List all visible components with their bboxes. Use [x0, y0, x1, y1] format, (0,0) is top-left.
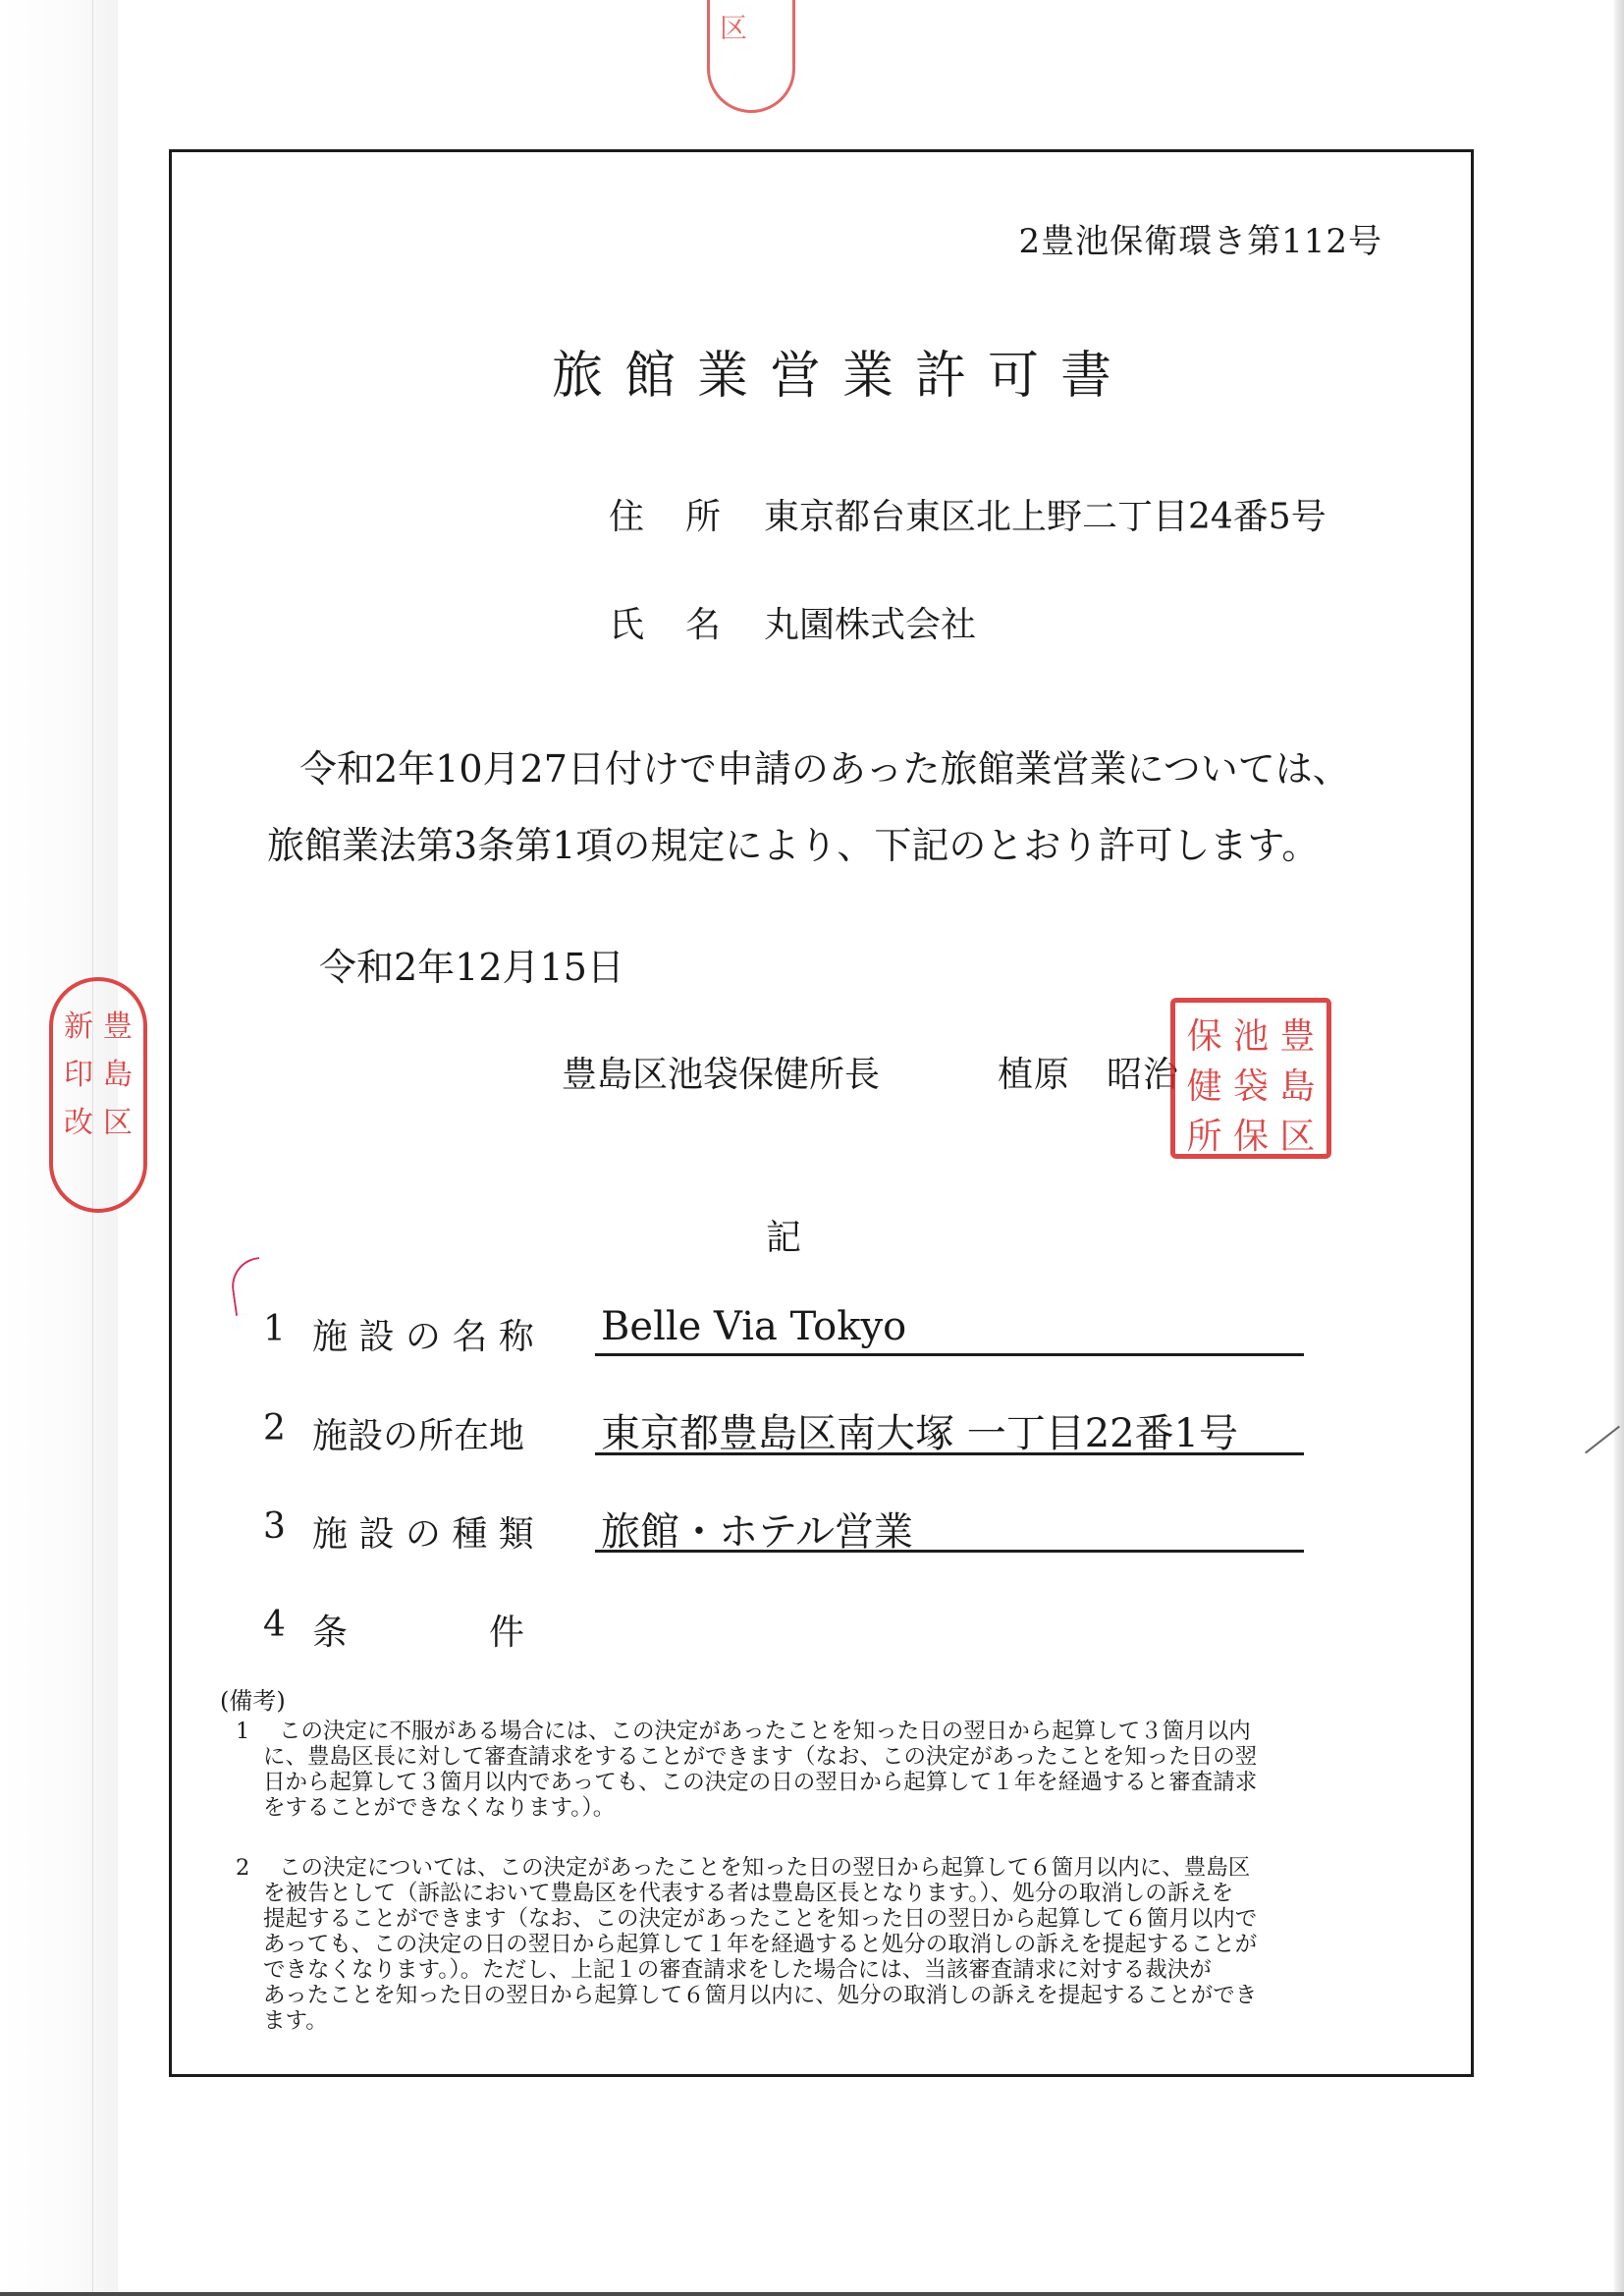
seal-char: 豊 [1274, 1009, 1321, 1059]
document-number: 2豊池保衛環き第112号 [1018, 214, 1382, 262]
remark-2-line: 2 この決定については、この決定があったことを知った日の翌日から起算して６箇月以… [236, 1857, 1250, 1880]
item-label: 施 設 の 種 類 [312, 1506, 534, 1557]
remark-1-line: 1 この決定に不服がある場合には、この決定があったことを知った日の翌日から起算し… [236, 1721, 1251, 1743]
name-label-2: 名 [685, 597, 723, 647]
remark-2-line: を被告として（訴訟において豊島区を代表する者は豊島区長となります。）、処分の取消… [263, 1883, 1233, 1905]
remark-2-line: あっても、この決定の日の翌日から起算して１年を経過すると処分の取消しの訴えを提起… [263, 1934, 1257, 1956]
underline [595, 1550, 1304, 1553]
applicant-address: 東京都台東区北上野二丁目24番5号 [764, 489, 1326, 539]
seal-char: 池 [1227, 1009, 1273, 1059]
seal-char: 島 [1274, 1059, 1321, 1109]
applicant-name: 丸園株式会社 [764, 597, 976, 647]
remarks-heading: (備考) [220, 1681, 286, 1716]
seal-char: 保 [1181, 1009, 1227, 1059]
facility-name-value: Belle Via Tokyo [601, 1304, 906, 1349]
ki-heading: 記 [766, 1210, 801, 1260]
item-number: 3 [263, 1506, 286, 1547]
official-seal-stamp: 保 池 豊 健 袋 島 所 保 区 [1170, 998, 1331, 1159]
item-label: 施設の所在地 [312, 1408, 524, 1458]
facility-address-value: 東京都豊島区南大塚 一丁目22番1号 [601, 1402, 1238, 1458]
remark-1-line: をすることができなくなります。）。 [263, 1797, 615, 1820]
name-label-1: 氏 [609, 597, 646, 647]
item-number: 1 [263, 1309, 286, 1349]
remark-2-line: できなくなります。）。ただし、上記１の審査請求をした場合には、当該審査請求に対す… [263, 1959, 1212, 1982]
document-title: 旅館業営業許可書 [552, 334, 1133, 408]
seal-char: 袋 [1227, 1059, 1273, 1109]
item-number: 4 [263, 1605, 286, 1645]
item-label: 施 設 の 名 称 [312, 1309, 534, 1359]
seal-char: 区 [98, 1098, 137, 1141]
seal-char: 区 [1274, 1109, 1321, 1159]
seal-char: 新 [59, 1002, 98, 1045]
seal-char: 島 [98, 1050, 137, 1093]
item-number: 2 [263, 1408, 286, 1449]
left-margin-seal-stamp: 新 豊 印 島 改 区 [49, 977, 147, 1213]
underline [595, 1353, 1304, 1356]
address-label-2: 所 [685, 489, 723, 539]
item-label: 条 件 [312, 1605, 524, 1655]
issue-date: 令和2年12月15日 [319, 937, 624, 991]
facility-type-value: 旅館・ホテル営業 [601, 1501, 913, 1557]
underline [595, 1452, 1304, 1455]
seal-char: 印 [59, 1050, 98, 1093]
issuer-organization: 豊島区池袋保健所長 [562, 1047, 880, 1097]
body-text-line-2: 旅館業法第3条第1項の規定により、下記のとおり許可します。 [267, 815, 1319, 869]
address-label-1: 住 [609, 489, 646, 539]
remark-2-line: 提起することができます（なお、この決定があったことを知った日の翌日から起算して６… [263, 1908, 1257, 1931]
seal-char: 豊 [98, 1002, 137, 1045]
top-seal-stamp: 島 豊 区 [707, 0, 795, 113]
remark-1-line: 日から起算して３箇月以内であっても、この決定の日の翌日から起算して１年を経過する… [263, 1772, 1257, 1794]
remark-2-line: あったことを知った日の翌日から起算して６箇月以内に、処分の取消しの訴えを提起する… [263, 1985, 1257, 2007]
seal-char: 所 [1181, 1109, 1227, 1159]
body-text-line-1: 令和2年10月27日付けで申請のあった旅館業営業については、 [299, 738, 1350, 793]
page-edge-bottom [0, 2292, 1624, 2296]
issuer-name: 植原 昭治 [998, 1047, 1179, 1097]
seal-char: 改 [59, 1098, 98, 1141]
remark-1-line: に、豊島区長に対して審査請求をすることができます（なお、この決定があったことを知… [263, 1746, 1257, 1769]
seal-char: 健 [1181, 1059, 1227, 1109]
seal-char: 区 [716, 7, 751, 46]
page-edge-right [1614, 0, 1624, 2296]
remark-2-line: ます。 [263, 2010, 328, 2033]
seal-char: 保 [1227, 1109, 1273, 1159]
